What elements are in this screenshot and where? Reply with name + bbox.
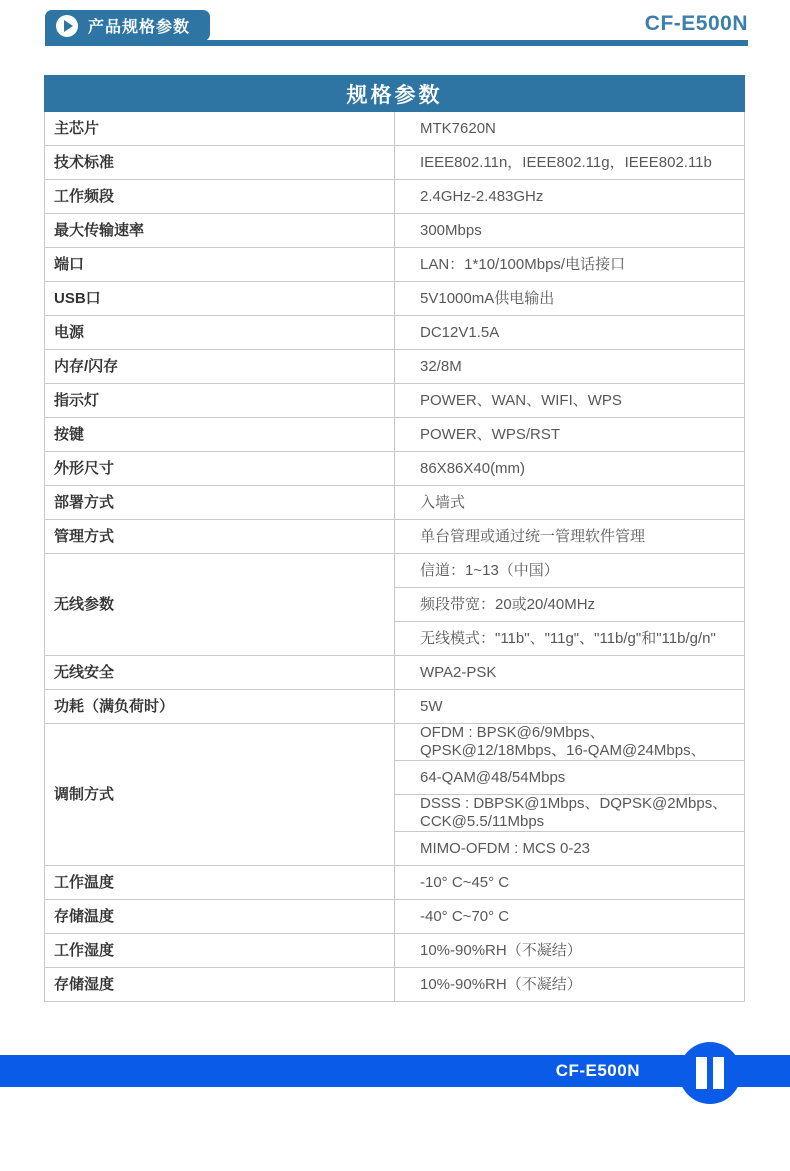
model-number-footer: CF-E500N — [556, 1055, 640, 1087]
spec-label: 指示灯 — [45, 384, 395, 418]
spec-label: 存储湿度 — [45, 968, 395, 1002]
table-row: 外形尺寸86X86X40(mm) — [45, 452, 745, 486]
spec-value: 5V1000mA供电输出 — [395, 282, 745, 316]
spec-title-row: 规格参数 — [45, 76, 745, 112]
spec-label: 功耗（满负荷时） — [45, 690, 395, 724]
pause-bar-left — [696, 1057, 707, 1089]
section-title: 产品规格参数 — [88, 14, 190, 37]
play-triangle-icon — [64, 20, 73, 32]
table-row: 无线安全WPA2-PSK — [45, 656, 745, 690]
spec-table-head: 规格参数 — [45, 76, 745, 112]
spec-table-body: 主芯片MTK7620N技术标准IEEE802.11n，IEEE802.11g，I… — [45, 112, 745, 1002]
spec-value: 入墙式 — [395, 486, 745, 520]
spec-value: 10%-90%RH（不凝结） — [395, 934, 745, 968]
spec-value: 86X86X40(mm) — [395, 452, 745, 486]
spec-value: 64-QAM@48/54Mbps — [395, 761, 745, 795]
spec-value: WPA2-PSK — [395, 656, 745, 690]
spec-label: 工作湿度 — [45, 934, 395, 968]
spec-value: IEEE802.11n，IEEE802.11g，IEEE802.11b — [395, 146, 745, 180]
table-row: 最大传输速率300Mbps — [45, 214, 745, 248]
spec-value: 5W — [395, 690, 745, 724]
spec-label: 无线安全 — [45, 656, 395, 690]
table-row: 管理方式单台管理或通过统一管理软件管理 — [45, 520, 745, 554]
spec-label: 工作温度 — [45, 866, 395, 900]
spec-label: 外形尺寸 — [45, 452, 395, 486]
spec-value: 2.4GHz-2.483GHz — [395, 180, 745, 214]
spec-label: 管理方式 — [45, 520, 395, 554]
footer-bar — [0, 1055, 790, 1087]
header-rule — [45, 40, 748, 46]
spec-label: 内存/闪存 — [45, 350, 395, 384]
spec-value: OFDM : BPSK@6/9Mbps、QPSK@12/18Mbps、16-QA… — [395, 724, 745, 761]
page: 产品规格参数 CF-E500N 规格参数 主芯片MTK7620N技术标准IEEE… — [0, 0, 790, 1171]
table-row: 工作频段2.4GHz-2.483GHz — [45, 180, 745, 214]
spec-label: 按键 — [45, 418, 395, 452]
pause-icon — [679, 1042, 741, 1104]
spec-value: POWER、WAN、WIFI、WPS — [395, 384, 745, 418]
spec-value: MTK7620N — [395, 112, 745, 146]
model-number-top: CF-E500N — [645, 12, 748, 36]
spec-value: 单台管理或通过统一管理软件管理 — [395, 520, 745, 554]
table-row: 功耗（满负荷时）5W — [45, 690, 745, 724]
spec-value: 无线模式："11b"、"11g"、"11b/g"和"11b/g/n" — [395, 622, 745, 656]
spec-label: 端口 — [45, 248, 395, 282]
spec-value: 信道：1~13（中国） — [395, 554, 745, 588]
spec-value: -10° C~45° C — [395, 866, 745, 900]
spec-label: 存储温度 — [45, 900, 395, 934]
section-tab: 产品规格参数 — [45, 10, 210, 41]
table-row: 无线参数信道：1~13（中国） — [45, 554, 745, 588]
table-row: 技术标准IEEE802.11n，IEEE802.11g，IEEE802.11b — [45, 146, 745, 180]
table-row: 指示灯POWER、WAN、WIFI、WPS — [45, 384, 745, 418]
spec-label: 主芯片 — [45, 112, 395, 146]
spec-value: MIMO-OFDM : MCS 0-23 — [395, 832, 745, 866]
table-row: 端口LAN：1*10/100Mbps/电话接口 — [45, 248, 745, 282]
spec-label: 调制方式 — [45, 724, 395, 866]
table-row: 部署方式入墙式 — [45, 486, 745, 520]
spec-value: 频段带宽：20或20/40MHz — [395, 588, 745, 622]
spec-table: 规格参数 主芯片MTK7620N技术标准IEEE802.11n，IEEE802.… — [44, 75, 745, 1002]
pause-bar-right — [713, 1057, 724, 1089]
spec-label: USB口 — [45, 282, 395, 316]
table-row: 主芯片MTK7620N — [45, 112, 745, 146]
spec-label: 工作频段 — [45, 180, 395, 214]
play-icon — [56, 15, 78, 37]
spec-value: -40° C~70° C — [395, 900, 745, 934]
spec-label: 电源 — [45, 316, 395, 350]
spec-value: 300Mbps — [395, 214, 745, 248]
spec-label: 技术标准 — [45, 146, 395, 180]
spec-label: 部署方式 — [45, 486, 395, 520]
spec-table-title: 规格参数 — [45, 76, 745, 112]
table-row: 按键POWER、WPS/RST — [45, 418, 745, 452]
table-row: 存储湿度10%-90%RH（不凝结） — [45, 968, 745, 1002]
spec-value: 10%-90%RH（不凝结） — [395, 968, 745, 1002]
table-row: 存储温度-40° C~70° C — [45, 900, 745, 934]
table-row: 工作温度-10° C~45° C — [45, 866, 745, 900]
spec-label: 最大传输速率 — [45, 214, 395, 248]
table-row: 工作湿度10%-90%RH（不凝结） — [45, 934, 745, 968]
spec-value: DSSS : DBPSK@1Mbps、DQPSK@2Mbps、CCK@5.5/1… — [395, 795, 745, 832]
table-row: 电源DC12V1.5A — [45, 316, 745, 350]
spec-value: LAN：1*10/100Mbps/电话接口 — [395, 248, 745, 282]
spec-value: 32/8M — [395, 350, 745, 384]
table-row: 调制方式OFDM : BPSK@6/9Mbps、QPSK@12/18Mbps、1… — [45, 724, 745, 761]
table-row: 内存/闪存32/8M — [45, 350, 745, 384]
spec-label: 无线参数 — [45, 554, 395, 656]
table-row: USB口5V1000mA供电输出 — [45, 282, 745, 316]
spec-value: DC12V1.5A — [395, 316, 745, 350]
spec-value: POWER、WPS/RST — [395, 418, 745, 452]
